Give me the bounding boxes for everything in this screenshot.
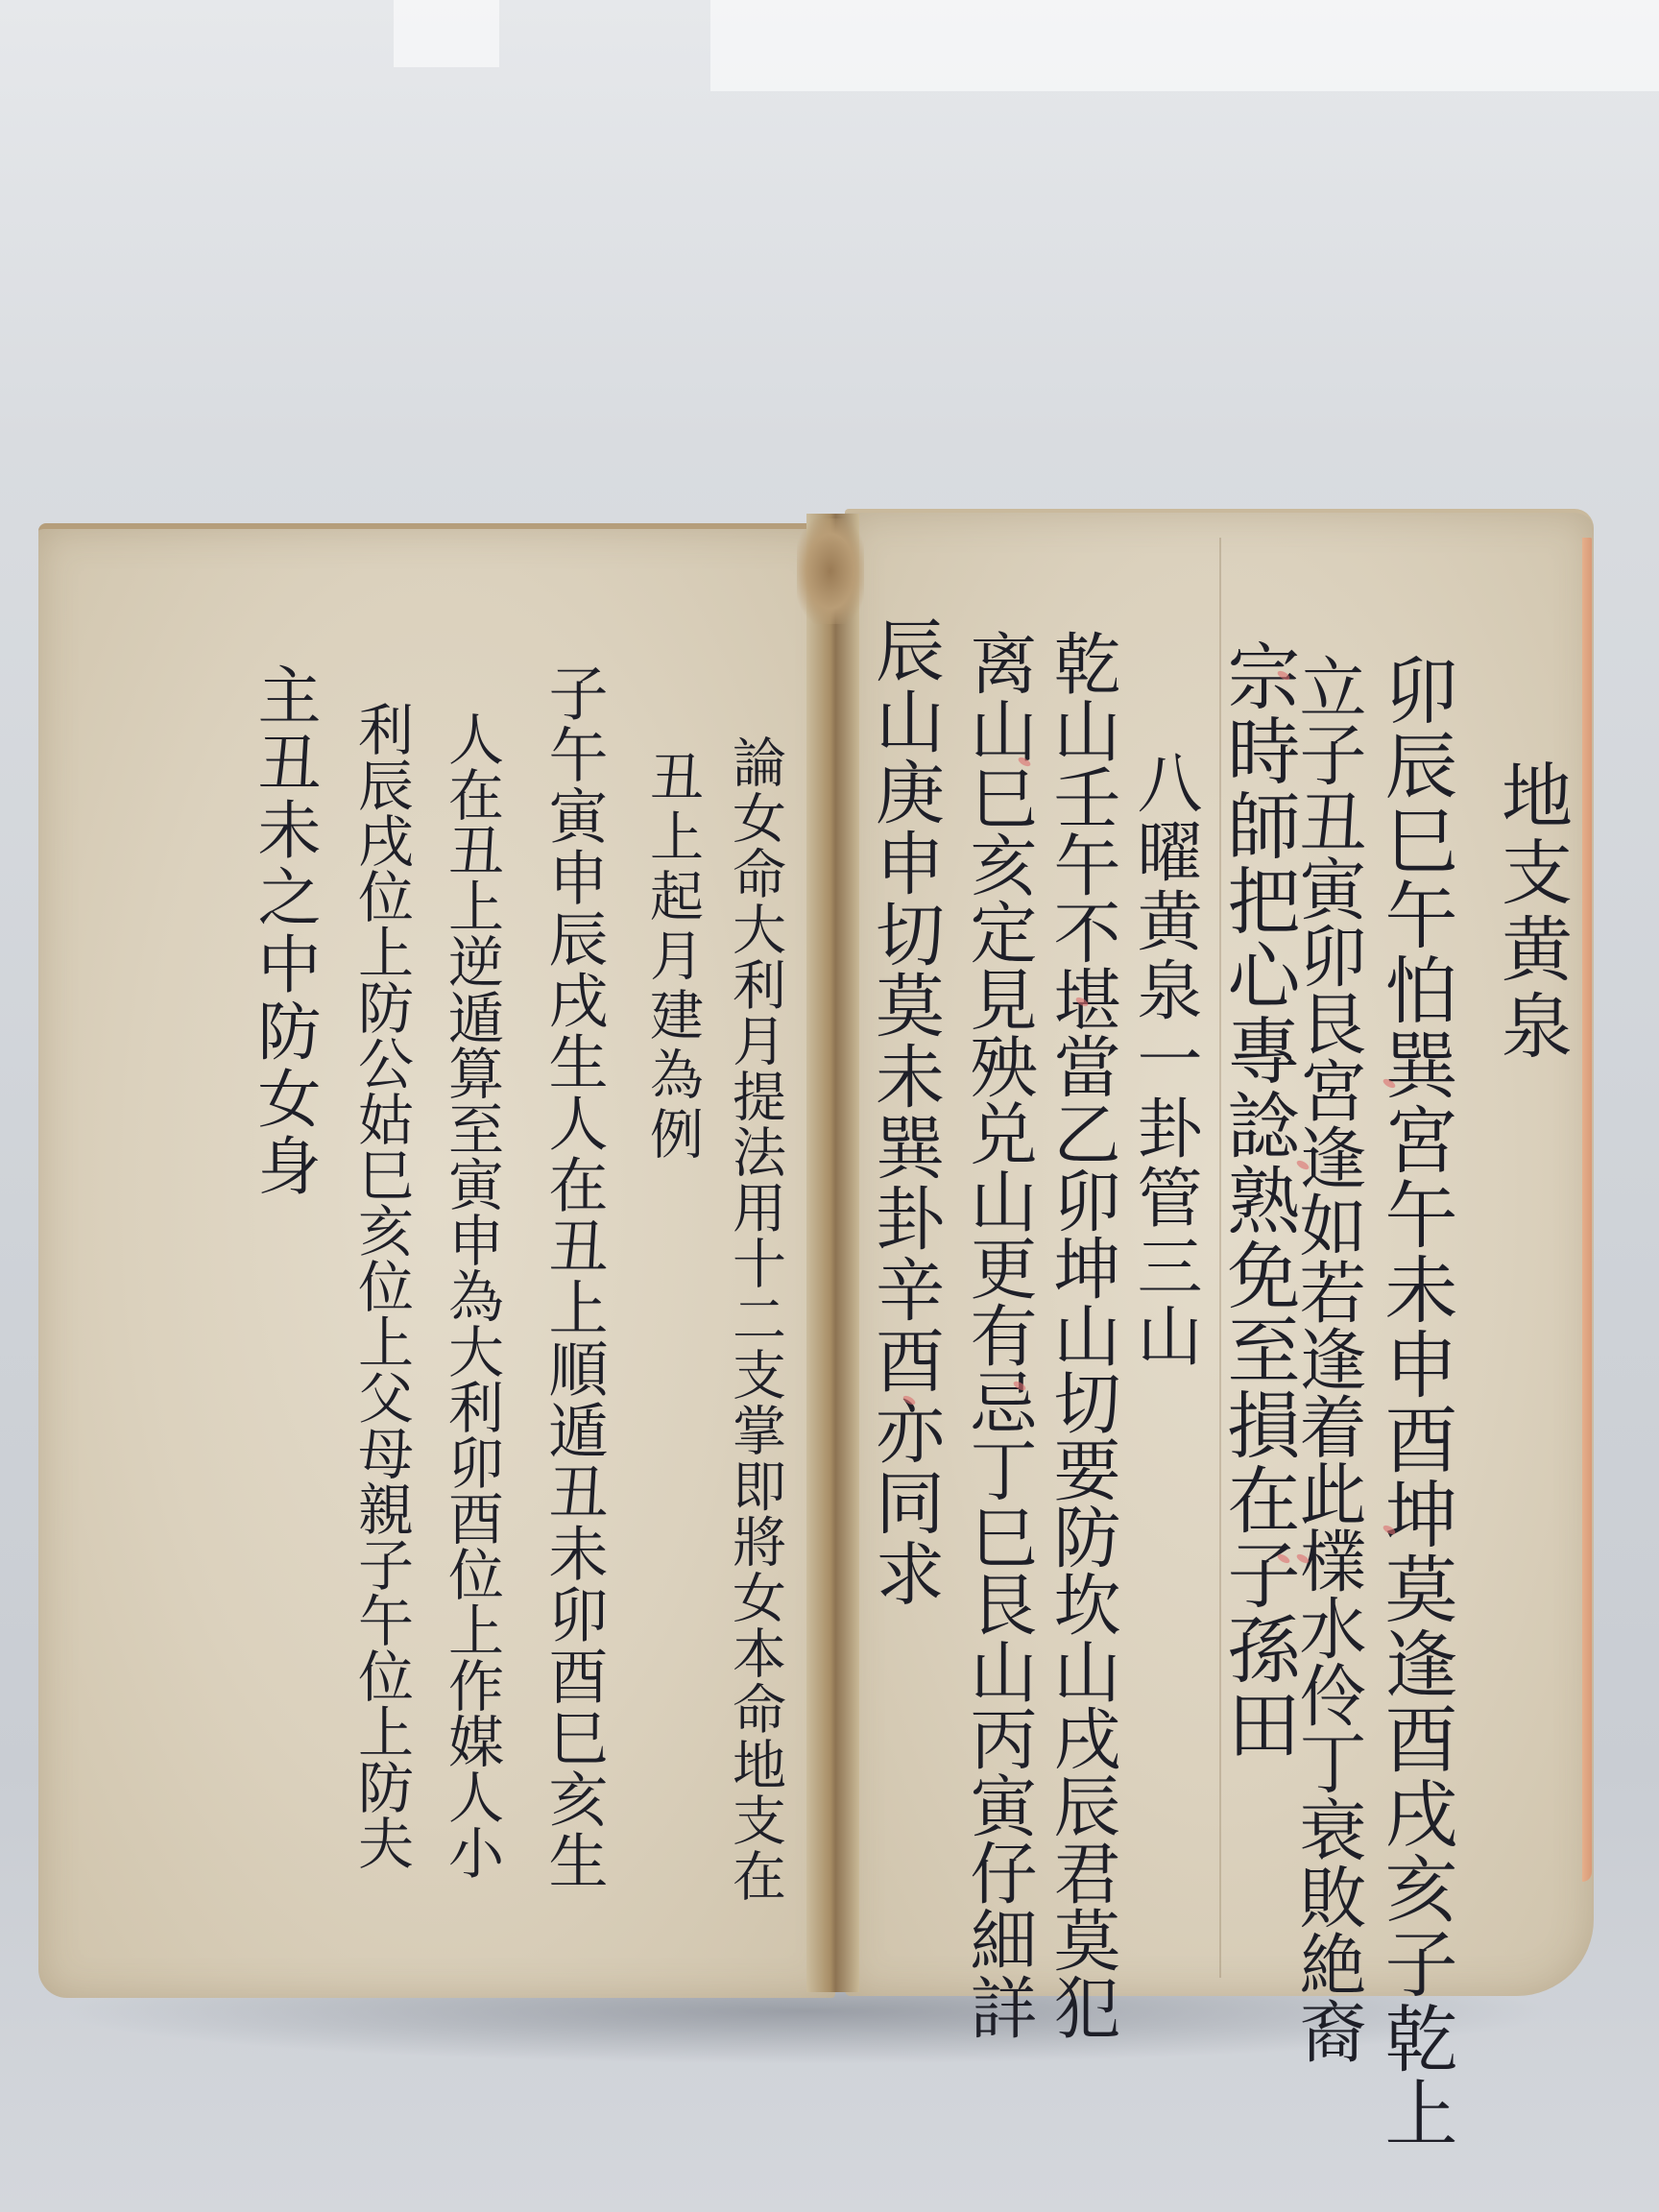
left-col-4: 人在丑上逆遁算至寅申為大利卯酉位上作媒人小 xyxy=(444,710,499,1880)
spine-binding-tear xyxy=(797,518,864,624)
right-col-5-heading: 八曜黄泉一卦管三山 xyxy=(1131,749,1196,1371)
left-col-1-heading: 論女命大利月提法用十二支掌即將女本命地支在 xyxy=(728,734,781,1904)
right-col-7: 离山巳亥定見殃兑山更有忌丁巳艮山丙寅仔細詳 xyxy=(965,629,1032,2040)
right-col-3: 立子丑寅卯艮宮逢如若逢着此檏水伶丁衰敗絶裔 xyxy=(1294,653,1361,2064)
right-col-6: 乾山壬午不堪當乙卯坤山切要防坎山戌辰君莫犯 xyxy=(1048,629,1116,2040)
left-col-5: 利辰戌位上防公姑巳亥位上父母親子午位上防夫 xyxy=(353,701,409,1870)
right-col-4: 宗時師把心專諗熟免至損在子孫田 xyxy=(1221,638,1294,1762)
right-col-2: 卯辰巳午怕巽宮午未申酉坤莫逢酉戌亥子乾上 xyxy=(1379,653,1452,2151)
book-spine xyxy=(806,514,859,1992)
right-col-8: 辰山庚申切莫未巽卦辛酉亦同求 xyxy=(870,614,939,1609)
left-col-3: 子午寅申辰戌生人在丑上順遁丑未卯酉巳亥生 xyxy=(543,662,603,1891)
left-page xyxy=(38,523,835,1998)
right-col-1-heading: 地支黄泉 xyxy=(1496,758,1567,1066)
right-page-red-edge xyxy=(1582,538,1592,1882)
window-reflection-left xyxy=(394,0,499,67)
left-col-2-subheading: 丑上起月建為例 xyxy=(645,749,699,1166)
window-reflection xyxy=(710,0,1659,91)
left-col-6: 主丑未之中防女身 xyxy=(252,662,315,1200)
